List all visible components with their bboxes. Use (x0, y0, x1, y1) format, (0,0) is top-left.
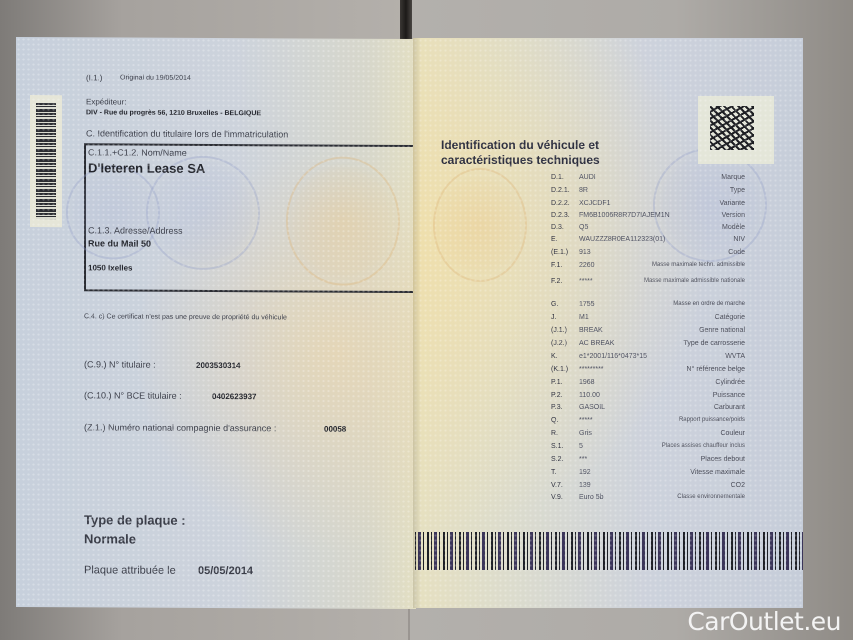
header-code: (I.1.) (86, 73, 102, 82)
spec-code: G. (551, 301, 558, 308)
spec-value: M1 (579, 314, 589, 321)
spec-value: 2260 (579, 262, 595, 269)
bce-number-value: 0402623937 (212, 392, 257, 401)
spec-value: 5 (579, 443, 583, 450)
holder-name-label: C.1.1.+C1.2. Nom/Name (88, 147, 187, 158)
spec-value: 192 (579, 469, 591, 476)
spec-code: P.1. (551, 379, 563, 386)
spec-label: Cylindrée (575, 379, 745, 386)
spec-value: XCJCDF1 (579, 200, 611, 207)
plate-type-value: Normale (84, 531, 136, 546)
spec-code: D.2.3. (551, 212, 570, 219)
plate-assigned-label: Plaque attribuée le (84, 564, 176, 576)
spec-value: 8R (579, 187, 588, 194)
spec-label: Places debout (575, 456, 745, 463)
spec-value: *** (579, 456, 587, 463)
spec-value: e1*2001/116*0473*15 (579, 353, 647, 360)
sender-label: Expéditeur: (86, 97, 126, 106)
spec-code: P.3. (551, 404, 563, 411)
spec-value: ********* (579, 366, 604, 373)
spec-label: Puissance (575, 392, 745, 399)
spec-code: D.2.2. (551, 200, 570, 207)
insurance-number-value: 00058 (324, 425, 346, 434)
spec-value: AUDI (579, 174, 596, 181)
insurance-number-label: (Z.1.) Numéro national compagnie d'assur… (84, 422, 276, 433)
spec-value: 913 (579, 249, 591, 256)
spec-label: Vitesse maximale (575, 469, 745, 476)
page-fold-shadow (413, 38, 421, 608)
vehicle-title-line1: Identification du véhicule et (441, 138, 599, 152)
spec-code: D.3. (551, 224, 564, 231)
spec-code: F.1. (551, 262, 562, 269)
spec-code: D.1. (551, 174, 564, 181)
site-watermark: CarOutlet.eu (687, 607, 841, 636)
spec-code: S.1. (551, 443, 563, 450)
vertical-barcode (30, 95, 62, 227)
spec-label: Modèle (575, 224, 745, 231)
original-date: Original du 19/05/2014 (120, 74, 191, 81)
spec-code: V.9. (551, 494, 563, 501)
spec-label: Masse maximale admissible nationale (575, 278, 745, 284)
registration-right-page: Identification du véhicule et caractéris… (413, 38, 803, 608)
bce-number-label: (C.10.) N° BCE titulaire : (84, 390, 182, 401)
spec-label: Places assises chauffeur inclus (575, 443, 745, 449)
spec-value: Q5 (579, 224, 588, 231)
spec-code: J. (551, 314, 556, 321)
spec-code: F.2. (551, 278, 562, 285)
spec-label: Catégorie (575, 314, 745, 321)
spec-code: E. (551, 236, 558, 243)
spec-label: Marque (575, 174, 745, 181)
spec-label: Couleur (575, 430, 745, 437)
spec-value: ***** (579, 417, 593, 424)
spec-label: Code (575, 249, 745, 256)
horizontal-barcode (413, 532, 803, 570)
spec-code: S.2. (551, 456, 563, 463)
c4-note: C.4. c) Ce certificat n'est pas une preu… (84, 313, 287, 321)
vehicle-title-line2: caractéristiques techniques (441, 153, 600, 167)
holder-address-line2: 1050 Ixelles (88, 263, 132, 272)
spec-value: 139 (579, 482, 591, 489)
spec-label: Masse en ordre de marche (575, 301, 745, 307)
spec-value: GASOIL (579, 404, 605, 411)
spec-value: Euro 5b (579, 494, 604, 501)
spec-code: R. (551, 430, 558, 437)
spec-value: 1755 (579, 301, 595, 308)
spec-code: (J.2.) (551, 340, 567, 347)
spec-code: T. (551, 469, 556, 476)
watermark-seal (286, 156, 400, 286)
spec-value: 1968 (579, 379, 595, 386)
plate-type-label: Type de plaque : (84, 512, 186, 528)
spec-value: BREAK (579, 327, 603, 334)
holder-identification-box: C.1.1.+C1.2. Nom/Name D'Ieteren Lease SA… (84, 143, 416, 293)
spec-code: K. (551, 353, 558, 360)
holder-address-line1: Rue du Mail 50 (88, 238, 151, 248)
holder-address-label: C.1.3. Adresse/Address (88, 225, 183, 235)
spec-code: Q. (551, 417, 558, 424)
spec-code: D.2.1. (551, 187, 570, 194)
datamatrix-code (698, 96, 774, 164)
watermark-seal (433, 168, 527, 282)
plate-assigned-date: 05/05/2014 (198, 565, 253, 577)
holder-number-value: 2003530314 (196, 361, 241, 370)
registration-left-page: (I.1.) Original du 19/05/2014 Expéditeur… (16, 37, 416, 609)
spec-value: 110.00 (579, 392, 600, 399)
spec-label: CO2 (575, 482, 745, 489)
spec-value: ***** (579, 278, 593, 285)
spec-label: Rapport puissance/poids (575, 417, 745, 423)
spec-code: V.7. (551, 482, 563, 489)
spec-label: Type (575, 187, 745, 194)
spec-value: FM6B1006R8R7D7IAJEM1N (579, 212, 670, 219)
spec-label: Masse maximale techn. admissible (575, 262, 745, 268)
spec-code: P.2. (551, 392, 563, 399)
spec-code: (K.1.) (551, 366, 568, 373)
spec-value: WAUZZZ8R0EA112323(01) (579, 236, 665, 243)
spec-code: (J.1.) (551, 327, 567, 334)
sender-address: DIV - Rue du progrès 56, 1210 Bruxelles … (86, 109, 261, 117)
spec-code: (E.1.) (551, 249, 568, 256)
spec-value: Gris (579, 430, 592, 437)
section-c-title: C. Identification du titulaire lors de l… (86, 128, 288, 139)
spec-value: AC BREAK (579, 340, 614, 347)
holder-number-label: (C.9.) N° titulaire : (84, 359, 156, 369)
holder-name: D'Ieteren Lease SA (88, 160, 205, 176)
